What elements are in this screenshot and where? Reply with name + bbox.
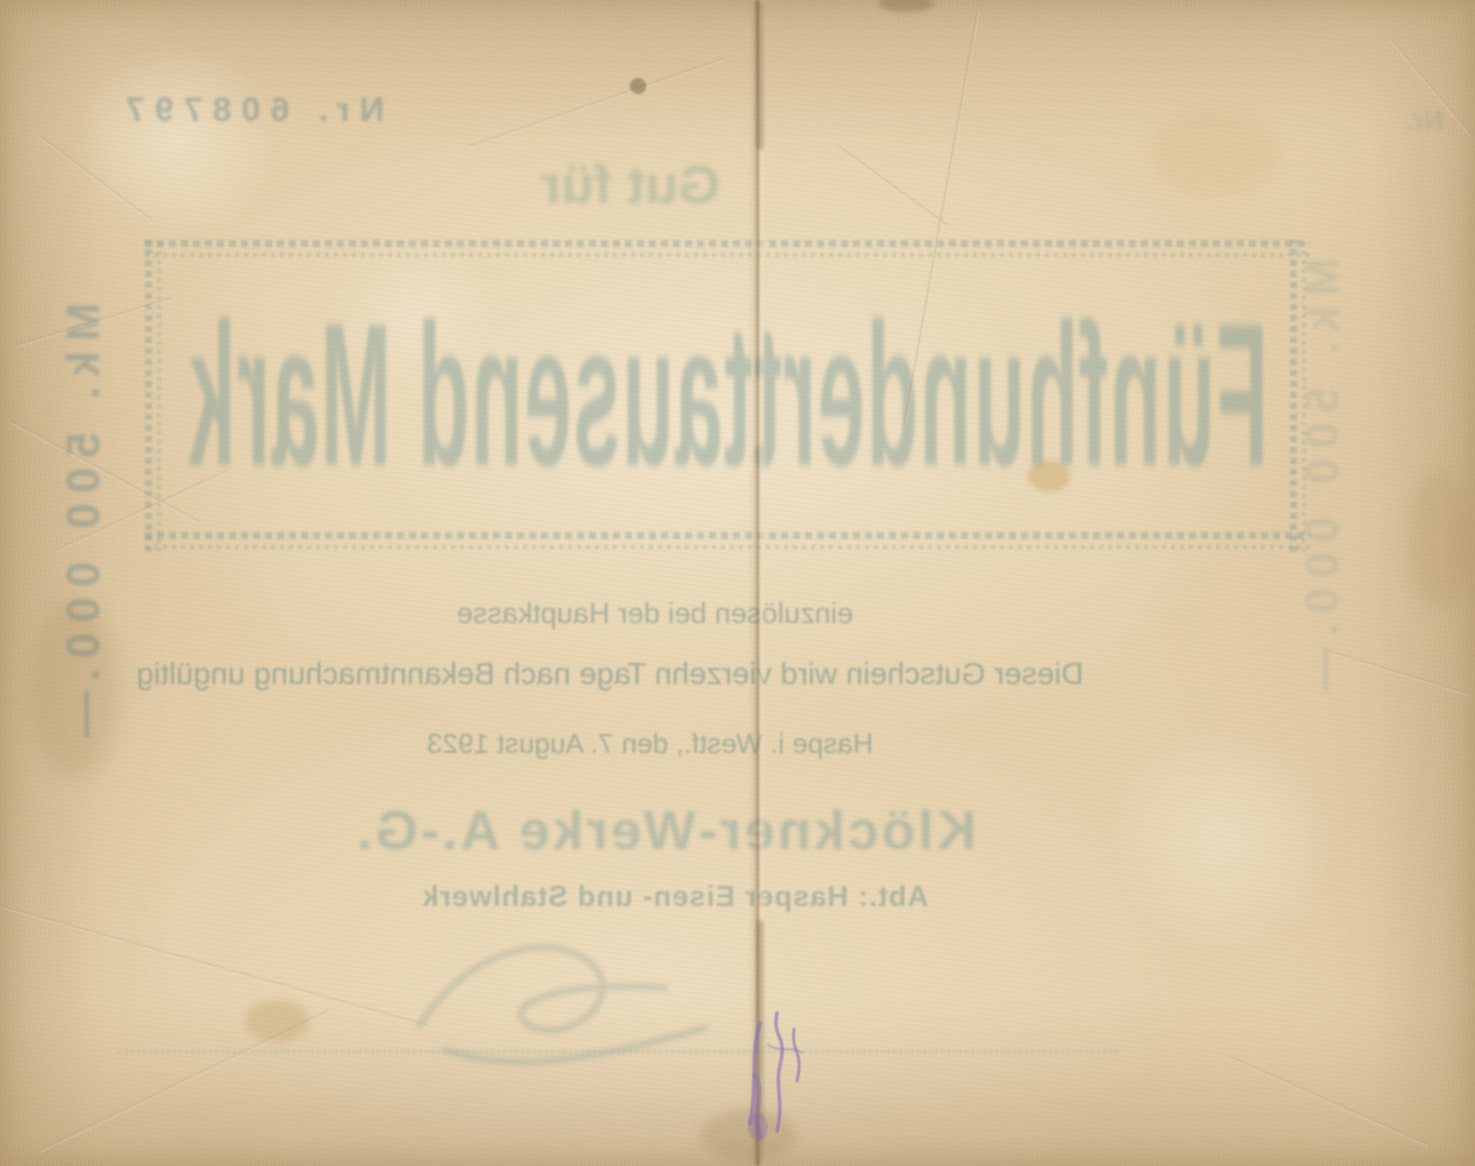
frame-inner: Fünfhunderttausend Mark bbox=[169, 264, 1286, 528]
bleed-through-layer: Nr. 608797 Gut für Fünfhunderttausend Ma… bbox=[0, 0, 1475, 1166]
signature-dotted-line bbox=[118, 1050, 1118, 1053]
corner-mark-bleed-text: Nr. bbox=[1390, 96, 1460, 146]
department-bleed-text: Abt.: Hasper Eisen- und Stahlwerk bbox=[330, 876, 1020, 918]
fold-crease-dark-bottom bbox=[756, 920, 764, 1166]
signature-flourish bbox=[400, 900, 740, 1080]
frame-border-top bbox=[145, 240, 1310, 260]
issuer-bleed-text: Klöckner-Werke A.-G. bbox=[285, 798, 1045, 862]
ornamental-frame: Fünfhunderttausend Mark bbox=[145, 240, 1310, 552]
banknote-scan: Nr. 608797 Gut für Fünfhunderttausend Ma… bbox=[0, 0, 1475, 1166]
fold-crease-dark-top bbox=[756, 0, 764, 150]
place-date-bleed-text: Haspe i. Westf., den 7. August 1923 bbox=[415, 724, 885, 764]
value-heading-bleed-text: Gut für bbox=[518, 146, 742, 224]
amount-bleed-text: Fünfhunderttausend Mark bbox=[187, 279, 1268, 513]
notice-line-bleed-text: Dieser Gutschein wird vierzehn Tage nach… bbox=[110, 652, 1110, 696]
serial-bleed-text: Nr. 608797 bbox=[75, 84, 425, 136]
redeem-line-bleed-text: einzulösen bei der Hauptkasse bbox=[430, 595, 880, 633]
denomination-right-bleed-text: Mk. 500 000.— bbox=[1277, 220, 1367, 740]
frame-border-bottom bbox=[145, 532, 1310, 552]
